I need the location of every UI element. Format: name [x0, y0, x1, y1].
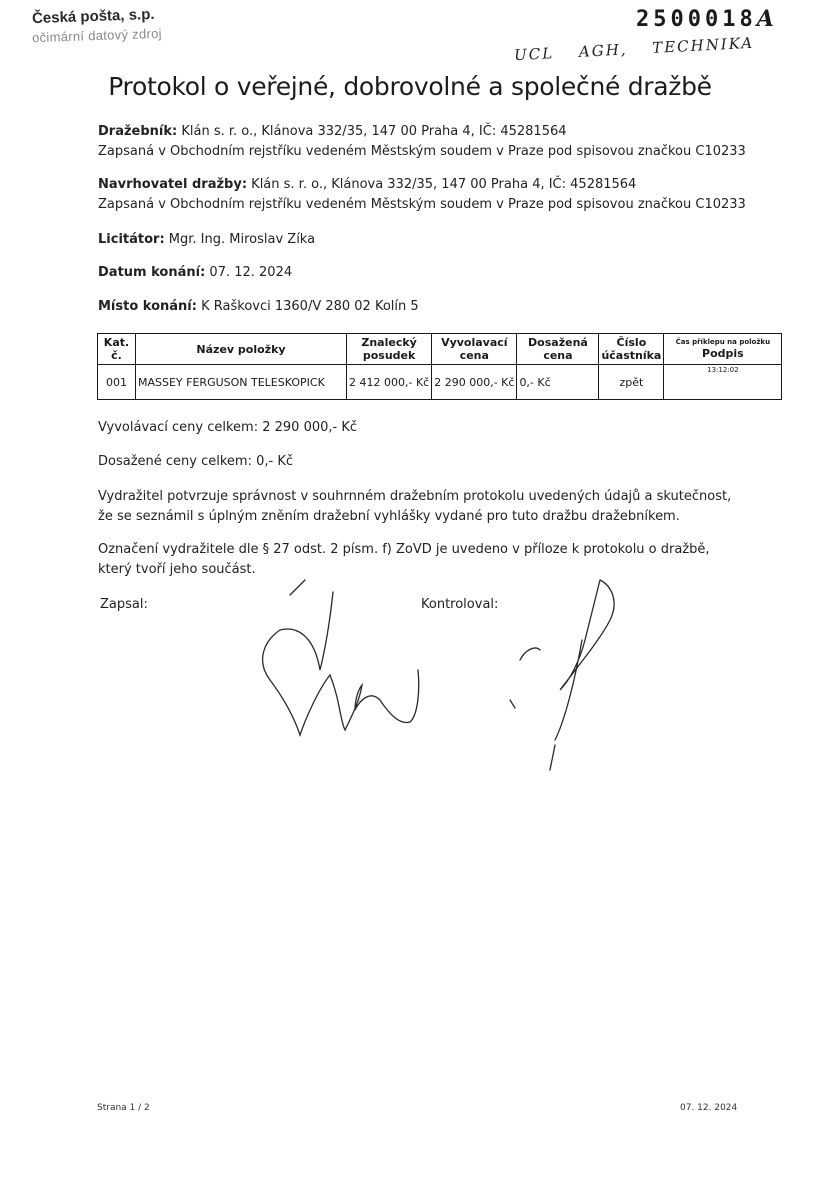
handwritten-signatures — [0, 0, 820, 1177]
footer-date: 07. 12. 2024 — [680, 1103, 737, 1113]
signature-recorded-by — [263, 580, 419, 735]
page-number: Strana 1 / 2 — [97, 1103, 150, 1113]
signature-checked-by — [510, 580, 614, 770]
